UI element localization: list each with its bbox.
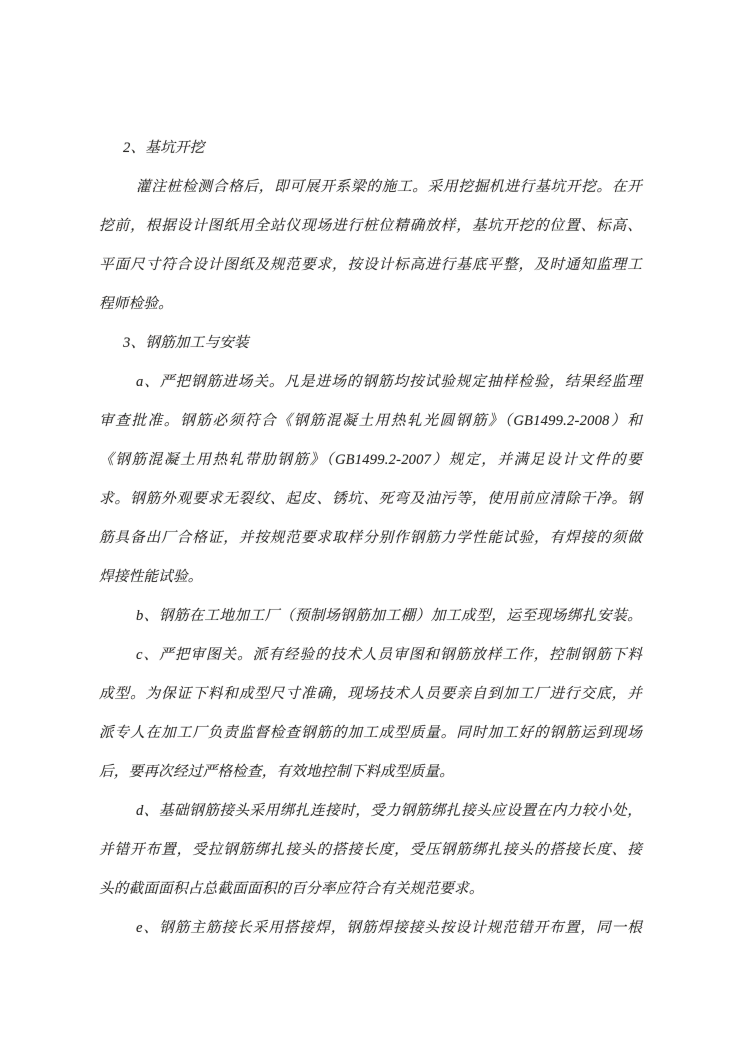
paragraph-item-c: c、严把审图关。派有经验的技术人员审图和钢筋放样工作，控制钢筋下料成型。为保证下… <box>99 636 642 792</box>
section-heading: 3、钢筋加工与安装 <box>99 324 642 363</box>
text-line: 《钢筋混凝土用热轧带肋钢筋》（GB1499.2-2007）规定，并满足设计文件的… <box>99 441 642 480</box>
text-line: e、钢筋主筋接长采用搭接焊，钢筋焊接接头按设计规范错开布置，同一根 <box>99 909 642 948</box>
text-line: 焊接性能试验。 <box>99 558 642 597</box>
document-page: 2、基坑开挖灌注桩检测合格后，即可展开系梁的施工。采用挖掘机进行基坑开挖。在开挖… <box>0 0 744 1052</box>
text-line: 挖前，根据设计图纸用全站仪现场进行桩位精确放样，基坑开挖的位置、标高、 <box>99 207 642 246</box>
text-line: 筋具备出厂合格证，并按规范要求取样分别作钢筋力学性能试验，有焊接的须做 <box>99 519 642 558</box>
heading-text: 3、钢筋加工与安装 <box>99 324 642 363</box>
text-line: 后，要再次经过严格检查，有效地控制下料成型质量。 <box>99 753 642 792</box>
paragraph-item-e: e、钢筋主筋接长采用搭接焊，钢筋焊接接头按设计规范错开布置，同一根 <box>99 909 642 948</box>
section-heading: 2、基坑开挖 <box>99 129 642 168</box>
heading-text: 2、基坑开挖 <box>99 129 642 168</box>
paragraph-item-b: b、钢筋在工地加工厂（预制场钢筋加工棚）加工成型，运至现场绑扎安装。 <box>99 597 642 636</box>
document-body: 2、基坑开挖灌注桩检测合格后，即可展开系梁的施工。采用挖掘机进行基坑开挖。在开挖… <box>99 129 642 948</box>
paragraph-pit-excavation: 灌注桩检测合格后，即可展开系梁的施工。采用挖掘机进行基坑开挖。在开挖前，根据设计… <box>99 168 642 324</box>
paragraph-item-a: a、严把钢筋进场关。凡是进场的钢筋均按试验规定抽样检验，结果经监理审查批准。钢筋… <box>99 363 642 597</box>
text-line: 平面尺寸符合设计图纸及规范要求，按设计标高进行基底平整，及时通知监理工 <box>99 246 642 285</box>
text-line: 求。钢筋外观要求无裂纹、起皮、锈坑、死弯及油污等，使用前应清除干净。钢 <box>99 480 642 519</box>
text-line: 灌注桩检测合格后，即可展开系梁的施工。采用挖掘机进行基坑开挖。在开 <box>99 168 642 207</box>
text-line: b、钢筋在工地加工厂（预制场钢筋加工棚）加工成型，运至现场绑扎安装。 <box>99 597 642 636</box>
paragraph-item-d: d、基础钢筋接头采用绑扎连接时，受力钢筋绑扎接头应设置在内力较小处，并错开布置，… <box>99 792 642 909</box>
text-line: a、严把钢筋进场关。凡是进场的钢筋均按试验规定抽样检验，结果经监理 <box>99 363 642 402</box>
text-line: 成型。为保证下料和成型尺寸准确，现场技术人员要亲自到加工厂进行交底，并 <box>99 675 642 714</box>
text-line: 头的截面面积占总截面面积的百分率应符合有关规范要求。 <box>99 870 642 909</box>
text-line: 并错开布置，受拉钢筋绑扎接头的搭接长度，受压钢筋绑扎接头的搭接长度、接 <box>99 831 642 870</box>
text-line: d、基础钢筋接头采用绑扎连接时，受力钢筋绑扎接头应设置在内力较小处， <box>99 792 642 831</box>
text-line: 审查批准。钢筋必须符合《钢筋混凝土用热轧光圆钢筋》（GB1499.2-2008）… <box>99 402 642 441</box>
text-line: 派专人在加工厂负责监督检查钢筋的加工成型质量。同时加工好的钢筋运到现场 <box>99 714 642 753</box>
text-line: 程师检验。 <box>99 285 642 324</box>
text-line: c、严把审图关。派有经验的技术人员审图和钢筋放样工作，控制钢筋下料 <box>99 636 642 675</box>
